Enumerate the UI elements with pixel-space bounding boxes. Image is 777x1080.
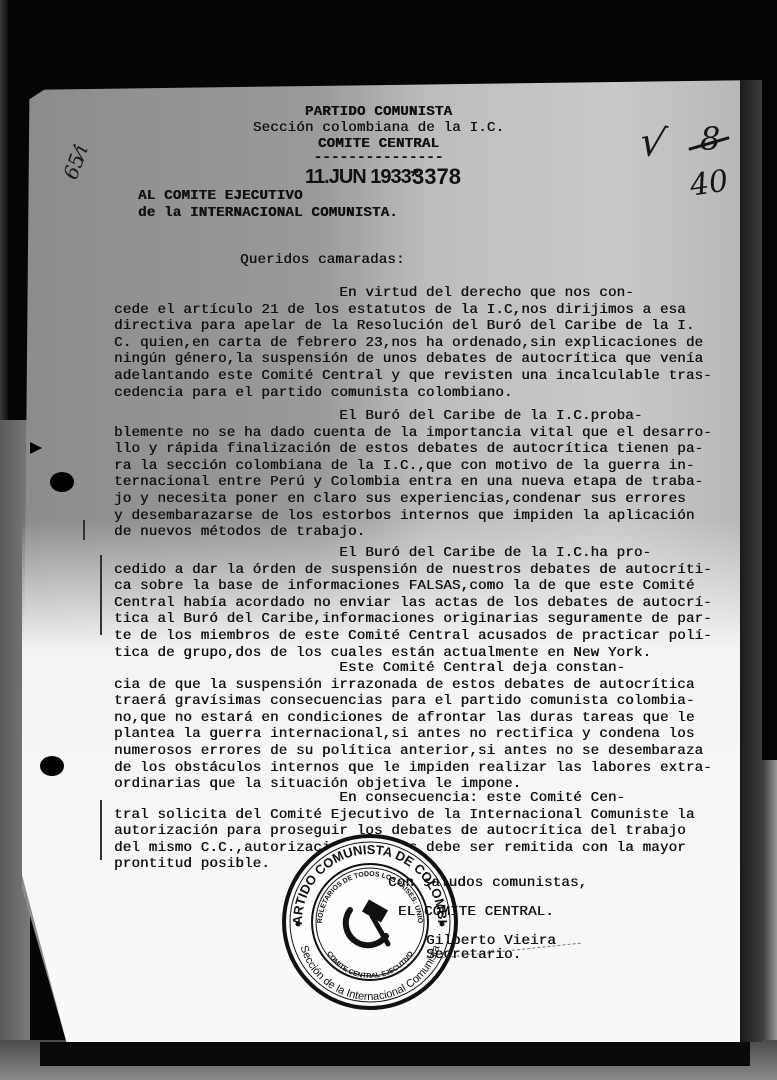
- margin-mark: [100, 800, 102, 860]
- paragraph-line: El Buró del Caribe de la I.C.ha pro-: [114, 545, 651, 561]
- paragraph-line: directiva para apelar de la Resolución d…: [114, 318, 694, 334]
- paragraph-line: y desembarazarse de los estorbos interno…: [114, 508, 694, 524]
- paragraph-line: Central había acordado no enviar las act…: [114, 595, 712, 611]
- page-shadow: [40, 1042, 750, 1066]
- page-edge-nick: [30, 442, 42, 454]
- paragraph-line: El Buró del Caribe de la I.C.proba-: [114, 408, 643, 424]
- paragraph-line: de los obstáculos internos que le impide…: [114, 760, 712, 776]
- paragraph-line: cede el artículo 21 de los estatutos de …: [114, 302, 686, 318]
- paragraph-line: En virtud del derecho que nos con-: [114, 285, 634, 301]
- signatory-body: EL COMITE CENTRAL.: [398, 904, 554, 920]
- paragraph-line: ternacional entre Perú y Colombia entra …: [114, 474, 703, 490]
- document-number: 3378: [412, 164, 461, 190]
- closing-phrase: Con saludos comunistas,: [388, 875, 587, 891]
- paragraph-line: te de los miembros de este Comité Centra…: [114, 628, 712, 644]
- paragraph-line: plantea la guerra internacional,si antes…: [114, 726, 694, 742]
- addressee-line-2: de la INTERNACIONAL COMUNISTA.: [138, 205, 398, 221]
- paragraph-line: cedencia para el partido comunista colom…: [114, 385, 513, 401]
- handwritten-folio-number: 40: [688, 164, 731, 204]
- addressee-line-1: AL COMITE EJECUTIVO: [138, 188, 303, 204]
- margin-mark: [83, 520, 85, 540]
- paragraph-line: numerosos errores de su política anterio…: [114, 743, 703, 759]
- paragraph-line: ca sobre la base de informaciones FALSAS…: [114, 578, 694, 594]
- paragraph-line: traerá gravísimas consecuencias para el …: [114, 693, 694, 709]
- letterhead-party: PARTIDO COMUNISTA: [0, 104, 767, 120]
- salutation: Queridos camaradas:: [240, 252, 405, 268]
- margin-mark: [100, 555, 102, 635]
- paragraph-line: cedido a dar la órden de suspensión de n…: [114, 562, 712, 578]
- received-date-stamp: 11.JUN 1933*: [305, 166, 418, 189]
- paragraph-line: C. quien,en carta de febrero 23,nos ha o…: [114, 335, 703, 351]
- paragraph-line: blemente no se ha dado cuenta de la impo…: [114, 425, 712, 441]
- punch-hole: [50, 472, 74, 492]
- paragraph-line: ra la sección colombiana de la I.C.,que …: [114, 458, 694, 474]
- punch-hole: [40, 756, 64, 776]
- party-seal: PARTIDO COMUNISTA DE COLOMBIA Sección de…: [280, 832, 460, 1012]
- paragraph-line: prontitud posible.: [114, 856, 270, 872]
- paragraph-line: tral solicita del Comité Ejecutivo de la…: [114, 807, 694, 823]
- paragraph-line: En consecuencia: este Comité Cen-: [114, 790, 625, 806]
- page-right-edge-shadow: [740, 80, 762, 1042]
- paragraph-line: de nuevos métodos de trabajo.: [114, 524, 365, 540]
- paragraph-line: tica al Buró del Caribe,informaciones or…: [114, 611, 712, 627]
- paragraph-line: ningún género,la suspensión de unos deba…: [114, 351, 703, 367]
- paragraph-line: llo y rápida finalización de estos debat…: [114, 441, 703, 457]
- paragraph-line: adelantando este Comité Central y que re…: [114, 368, 712, 384]
- paragraph-line: tica de grupo,dos de los cuales están ac…: [114, 645, 651, 661]
- seal-graphic: PARTIDO COMUNISTA DE COLOMBIA Sección de…: [280, 832, 460, 1012]
- paragraph-line: cia de que la suspensión irrazonada de e…: [114, 677, 694, 693]
- paragraph-line: Este Comité Central deja constan-: [114, 660, 625, 676]
- paragraph-line: jo y necesita poner en claro sus experie…: [114, 491, 686, 507]
- paragraph-line: no,que no estará en condiciones de afron…: [114, 710, 694, 726]
- signatory-title: Secretario.: [426, 947, 521, 963]
